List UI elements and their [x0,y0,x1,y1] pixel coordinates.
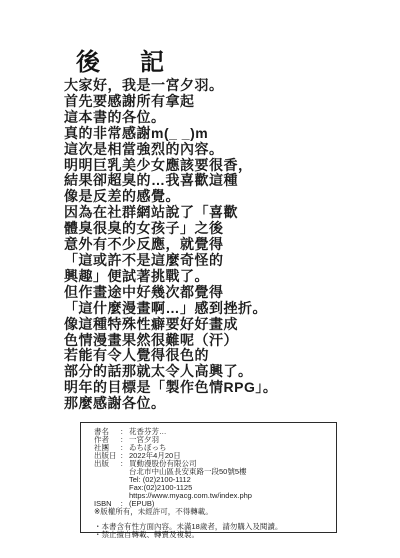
row-label [94,468,120,476]
row-separator [120,468,129,476]
warning-item-no-reproduction: ・禁止擅自轉載、轉賣及複製。 [94,531,330,539]
colophon-box: 書名：花香芬芳… 作者：一宮夕羽 社團：ゐちぼっち 出版日：2022年4月20日… [80,422,337,533]
body-line: 這次是相當強烈的內容。 [64,142,277,158]
body-line: 「這或許不是這麼奇怪的 [64,253,277,269]
row-label [94,476,120,484]
body-line: 像是反差的感覺。 [64,189,277,205]
body-line: 明年的目標是「製作色情RPG」。 [64,380,277,396]
row-label [94,484,120,492]
body-line: 因為在社群網站說了「喜歡 [64,205,277,221]
body-line: 興趣」便試著挑戰了。 [64,269,277,285]
body-line: 那麼感謝各位。 [64,396,277,412]
body-line: 若能有令人覺得很色的 [64,348,277,364]
body-line: 體臭很臭的女孩子」之後 [64,221,277,237]
row-separator: ： [120,460,129,468]
body-line: 像這種特殊性癖要好好畫成 [64,317,277,333]
body-line: 大家好，我是一宮夕羽。 [64,78,277,94]
row-separator [120,484,129,492]
copyright-notice: ※版權所有，未經許可，不得轉載。 [94,508,330,516]
body-line: 「這什麼漫畫啊…」感到挫折。 [64,301,277,317]
afterword-page: 後 記 大家好，我是一宮夕羽。 首先要感謝所有拿起 這本書的各位。 真的非常感謝… [0,0,400,558]
page-title: 後 記 [76,42,172,77]
body-line: 結果卻超臭的…我喜歡這種 [64,173,277,189]
body-line: 首先要感謝所有拿起 [64,94,277,110]
body-line: 這本書的各位。 [64,110,277,126]
body-line: 真的非常感謝m(_ _)m [64,126,277,142]
body-line: 色情漫畫果然很難呢（汗） [64,333,277,349]
warning-list: ・本書含有性方面內容。未滿18歲者，請勿購入及閱讀。 ・禁止擅自轉載、轉賣及複製… [94,523,330,539]
body-line: 但作畫途中好幾次都覺得 [64,285,277,301]
body-line: 部分的話那就太令人高興了。 [64,364,277,380]
body-line: 意外有不少反應，就覺得 [64,237,277,253]
body-line: 明明巨乳美少女應該要很香， [64,158,277,174]
afterword-body: 大家好，我是一宮夕羽。 首先要感謝所有拿起 這本書的各位。 真的非常感謝m(_ … [64,78,277,412]
row-label: 出版 [94,460,120,468]
row-separator [120,476,129,484]
